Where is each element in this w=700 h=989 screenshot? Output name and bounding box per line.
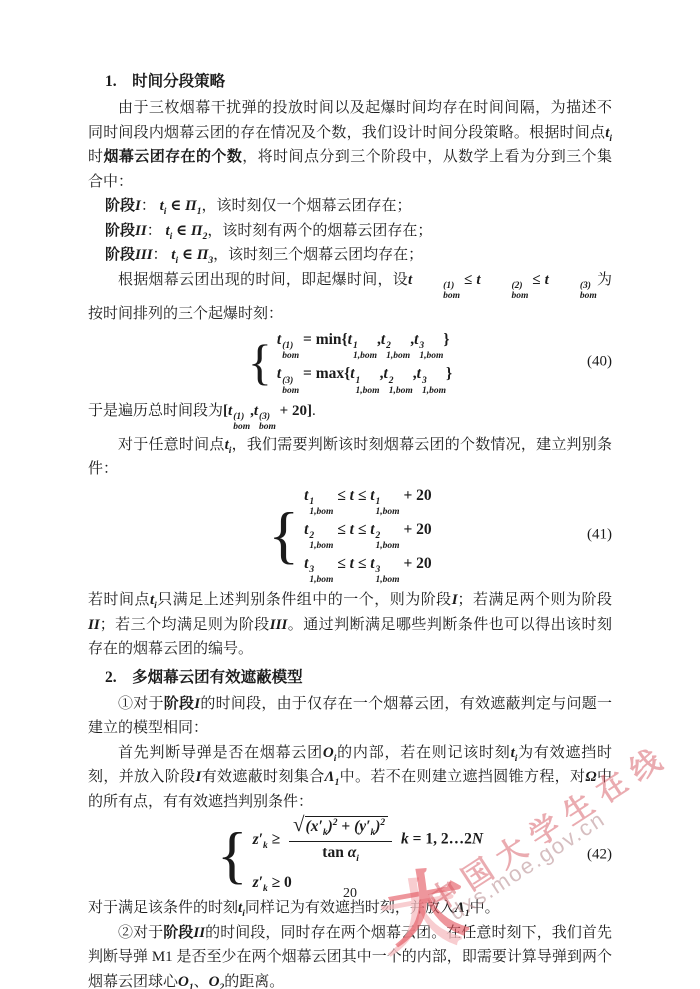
paragraph-time-segmentation-intro: 由于三枚烟幕干扰弹的投放时间以及起爆时间均存在时间间隔，为描述不同时间段内烟幕云…: [88, 96, 612, 194]
equation-41-tag: (41): [587, 527, 612, 544]
equation-row: t11,bom ≤ t ≤ t11,bom + 20: [304, 484, 432, 518]
equation-row: t(1)bom = min{t11,bom,t21,bom,t31,bom}: [277, 328, 450, 362]
paragraph-phase2: ②对于阶段II的时间段，同时存在两个烟幕云团。在任意时刻下，我们首先判断导弹 M…: [88, 921, 612, 989]
document-page: 1. 时间分段策略 由于三枚烟幕干扰弹的投放时间以及起爆时间均存在时间间隔，为描…: [0, 0, 700, 989]
equation-40-rows: t(1)bom = min{t11,bom,t21,bom,t31,bom} t…: [277, 328, 452, 396]
equation-42-rows: z′k ≥ √(x′k)2 + (y′k)2tan αi k = 1, 2…2N…: [253, 816, 483, 894]
paragraph-stage-result: 若时间点ti只满足上述判别条件组中的一个，则为阶段I；若满足两个则为阶段II；若…: [88, 588, 612, 662]
equation-row: t(3)bom = max{t11,bom,t21,bom,t31,bom}: [277, 362, 452, 396]
left-brace: {: [217, 826, 248, 885]
paragraph-bom-times: 根据烟幕云团出现的时间，即起爆时间，设t(1)bom ≤ t(2)bom ≤ t…: [88, 268, 612, 327]
equation-42-tag: (42): [587, 847, 612, 864]
equation-42: { z′k ≥ √(x′k)2 + (y′k)2tan αi k = 1, 2……: [88, 816, 612, 894]
stage-3-definition: 阶段III： ti ∈ Π3，该时刻三个烟幕云团均存在；: [88, 243, 612, 268]
equation-41-body: { t11,bom ≤ t ≤ t11,bom + 20 t21,bom ≤ t…: [268, 484, 431, 587]
page-number: 20: [0, 886, 700, 902]
stage-1-definition: 阶段I： ti ∈ Π1，该时刻仅一个烟幕云团存在；: [88, 194, 612, 219]
equation-row: t31,bom ≤ t ≤ t31,bom + 20: [304, 552, 432, 586]
left-brace: {: [248, 339, 272, 385]
section-heading-1: 1. 时间分段策略: [88, 69, 612, 94]
equation-row: t21,bom ≤ t ≤ t21,bom + 20: [304, 518, 432, 552]
paragraph-judge-condition: 对于任意时间点ti，我们需要判断该时刻烟幕云团的个数情况，建立判别条件：: [88, 433, 612, 482]
section-heading-2: 2. 多烟幕云团有效遮蔽模型: [88, 665, 612, 690]
left-brace: {: [268, 506, 299, 565]
stage-2-definition: 阶段II： ti ∈ Π2，该时刻有两个的烟幕云团存在；: [88, 219, 612, 244]
equation-40-tag: (40): [587, 354, 612, 371]
equation-40: { t(1)bom = min{t11,bom,t21,bom,t31,bom}…: [88, 328, 612, 396]
equation-row: z′k ≥ √(x′k)2 + (y′k)2tan αi k = 1, 2…2N: [253, 816, 483, 864]
equation-41: { t11,bom ≤ t ≤ t11,bom + 20 t21,bom ≤ t…: [88, 484, 612, 587]
equation-41-rows: t11,bom ≤ t ≤ t11,bom + 20 t21,bom ≤ t ≤…: [304, 484, 432, 587]
paragraph-total-range: 于是遍历总时间段为[t(1)bom,t(3)bom + 20].: [88, 399, 612, 433]
paragraph-inside-check: 首先判断导弹是否在烟幕云团Oi的内部，若在则记该时刻ti为有效遮挡时刻，并放入阶…: [88, 741, 612, 815]
equation-42-body: { z′k ≥ √(x′k)2 + (y′k)2tan αi k = 1, 2……: [217, 816, 483, 894]
paragraph-phase1: ①对于阶段I的时间段，由于仅存在一个烟幕云团，有效遮蔽判定与问题一建立的模型相同…: [88, 692, 612, 741]
equation-40-body: { t(1)bom = min{t11,bom,t21,bom,t31,bom}…: [248, 328, 452, 396]
